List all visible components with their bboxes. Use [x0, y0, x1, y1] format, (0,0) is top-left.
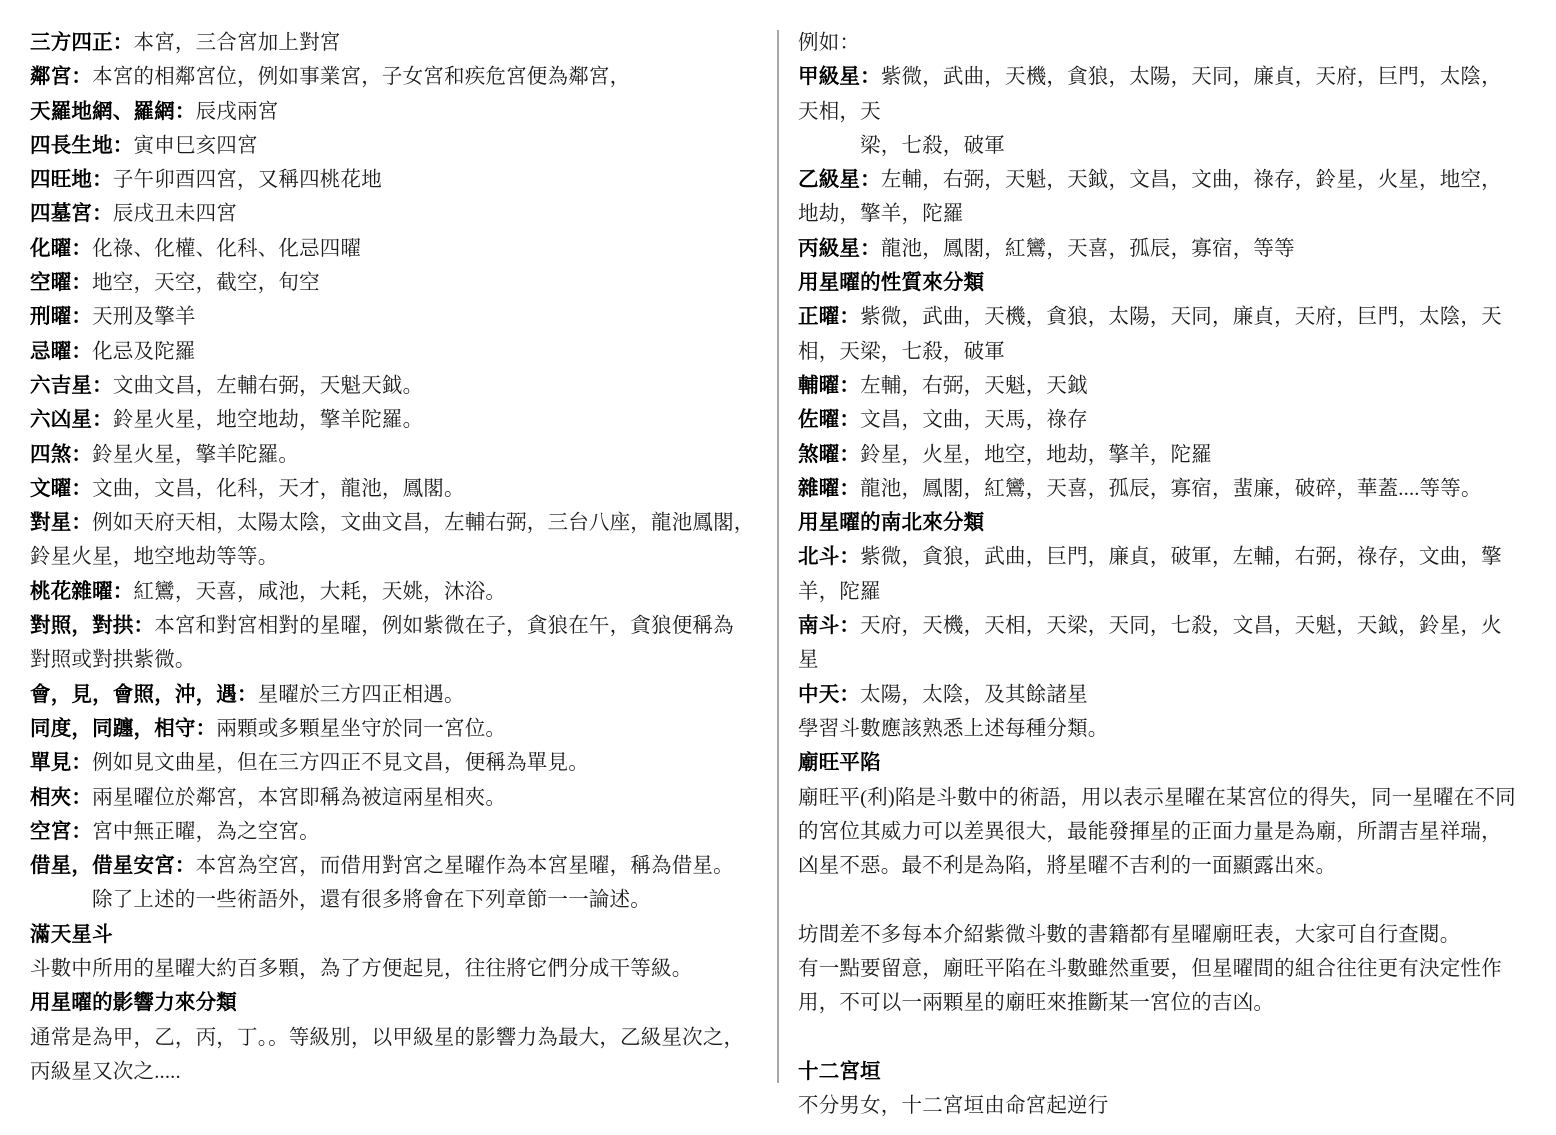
term-entry-line: 雜曜：龍池，鳳閣，紅鸞，天喜，孤辰，寡宿，蜚廉，破碎，華蓋....等等。 — [798, 472, 1543, 506]
line-text: 太陽，太陰，及其餘諸星 — [860, 684, 1088, 706]
line-text: 學習斗數應該熟悉上述每種分類。 — [798, 718, 1109, 740]
text-line: 學習斗數應該熟悉上述每種分類。 — [798, 712, 1543, 746]
term-entry-line: 桃花雜曜：紅鸞，天喜，咸池，大耗，天姚，沐浴。 — [30, 575, 765, 609]
term-entry-line: 四長生地：寅申巳亥四宮 — [30, 129, 765, 163]
term-entry-line: 空宮：宮中無正曜，為之空宮。 — [30, 815, 765, 849]
line-text: 化忌及陀羅 — [92, 341, 196, 363]
term-entry-line: 乙級星：左輔，右弼，天魁，天鉞，文昌，文曲，祿存，鈴星，火星，地空， — [798, 163, 1543, 197]
section-heading: 用星曜的南北來分類 — [798, 506, 1543, 540]
term-label: 對照，對拱： — [30, 615, 154, 637]
line-text: 左輔，右弼，天魁，天鉞 — [860, 375, 1088, 397]
text-line: 斗數中所用的星曜大約百多顆，為了方便起見，往往將它們分成干等級。 — [30, 952, 765, 986]
term-label: 文曜： — [30, 478, 92, 500]
term-entry-line: 南斗：天府，天機，天相，天梁，天同，七殺，文昌，天魁，天鉞，鈴星，火 — [798, 609, 1543, 643]
term-entry-line: 對星：例如天府天相，太陽太陰，文曲文昌，左輔右弼，三台八座，龍池鳳閣， — [30, 506, 765, 540]
term-entry-line: 鄰宮：本宮的相鄰宮位，例如事業宮，子女宮和疾危宮便為鄰宮， — [30, 60, 765, 94]
term-label: 丙級星： — [798, 238, 881, 260]
term-entry-line: 輔曜：左輔，右弼，天魁，天鉞 — [798, 369, 1543, 403]
line-text: 斗數中所用的星曜大約百多顆，為了方便起見，往往將它們分成干等級。 — [30, 958, 692, 980]
line-text: 左輔，右弼，天魁，天鉞，文昌，文曲，祿存，鈴星，火星，地空， — [881, 169, 1502, 191]
heading-text: 滿天星斗 — [30, 924, 113, 946]
section-heading: 十二宮垣 — [798, 1055, 1543, 1089]
line-text: 化祿、化權、化科、化忌四曜 — [92, 238, 361, 260]
text-line: 的宮位其威力可以差異很大，最能發揮星的正面力量是為廟，所謂吉星祥瑞， — [798, 815, 1543, 849]
term-entry-line: 空曜：地空，天空，截空，旬空 — [30, 266, 765, 300]
text-line: 廟旺平(利)陷是斗數中的術語，用以表示星曜在某宮位的得失，同一星曜在不同 — [798, 781, 1543, 815]
line-text: 鈴星火星，地空地劫等等。 — [30, 546, 278, 568]
term-label: 同度，同躔，相守： — [30, 718, 216, 740]
line-text: 星 — [798, 649, 819, 671]
section-heading: 用星曜的影響力來分類 — [30, 986, 765, 1020]
term-entry-line: 丙級星：龍池，鳳閣，紅鸞，天喜，孤辰，寡宿，等等 — [798, 232, 1543, 266]
line-text: 紅鸞，天喜，咸池，大耗，天姚，沐浴。 — [134, 581, 507, 603]
line-text: 紫微，武曲，天機，貪狼，太陽，天同，廉貞，天府，巨門，太陰，天 — [860, 306, 1502, 328]
term-label: 四墓宮： — [30, 203, 113, 225]
heading-text: 廟旺平陷 — [798, 752, 881, 774]
term-label: 空曜： — [30, 272, 92, 294]
term-entry-line: 忌曜：化忌及陀羅 — [30, 335, 765, 369]
term-label: 化曜： — [30, 238, 92, 260]
line-text: 龍池，鳳閣，紅鸞，天喜，孤辰，寡宿，等等 — [881, 238, 1295, 260]
heading-text: 用星曜的南北來分類 — [798, 512, 984, 534]
text-line: 通常是為甲，乙，丙，丁。。等級別，以甲級星的影響力為最大，乙級星次之， — [30, 1021, 765, 1055]
text-line: 有一點要留意，廟旺平陷在斗數雖然重要，但星曜間的組合往往更有決定性作 — [798, 952, 1543, 986]
term-entry-line: 對照，對拱：本宮和對宮相對的星曜，例如紫微在子，貪狼在午，貪狼便稱為 — [30, 609, 765, 643]
term-entry-line: 六凶星：鈴星火星，地空地劫，擎羊陀羅。 — [30, 403, 765, 437]
text-line: 鈴星火星，地空地劫等等。 — [30, 540, 765, 574]
line-text: 丙級星又次之..... — [30, 1061, 181, 1083]
text-line: 除了上述的一些術語外，還有很多將會在下列章節一一論述。 — [30, 883, 765, 917]
line-text: 例如： — [798, 32, 860, 54]
line-text: 鈴星火星，擎羊陀羅。 — [92, 444, 299, 466]
term-entry-line: 會，見，會照，沖，遇：星曜於三方四正相遇。 — [30, 678, 765, 712]
term-label: 對星： — [30, 512, 92, 534]
heading-text: 十二宮垣 — [798, 1061, 881, 1083]
term-label: 天羅地網、羅網： — [30, 101, 196, 123]
line-text: 宮中無正曜，為之空宮。 — [92, 821, 320, 843]
blank-line — [798, 1021, 1543, 1055]
line-text: 鈴星，火星，地空，地劫，擎羊，陀羅 — [860, 444, 1212, 466]
term-label: 輔曜： — [798, 375, 860, 397]
text-line: 不分男女，十二宮垣由命宮起逆行 — [798, 1089, 1543, 1123]
term-entry-line: 單見：例如見文曲星，但在三方四正不見文昌，便稱為單見。 — [30, 746, 765, 780]
line-text: 不分男女，十二宮垣由命宮起逆行 — [798, 1095, 1109, 1117]
term-label: 空宮： — [30, 821, 92, 843]
term-entry-line: 六吉星：文曲文昌，左輔右弼，天魁天鉞。 — [30, 369, 765, 403]
text-line: 凶星不惡。最不利是為陷，將星曜不吉利的一面顯露出來。 — [798, 849, 1543, 883]
line-text: 天刑及擎羊 — [92, 306, 196, 328]
line-text: 例如見文曲星，但在三方四正不見文昌，便稱為單見。 — [92, 752, 589, 774]
document-page: 三方四正：本宮，三合宮加上對宮鄰宮：本宮的相鄰宮位，例如事業宮，子女宮和疾危宮便… — [0, 0, 1556, 1135]
text-line: 地劫，擎羊，陀羅 — [798, 197, 1543, 231]
line-text: 用，不可以一兩顆星的廟旺來推斷某一宮位的吉凶。 — [798, 992, 1274, 1014]
text-line: 相，天梁，七殺，破軍 — [798, 335, 1543, 369]
text-line: 對照或對拱紫微。 — [30, 643, 765, 677]
line-text: 天府，天機，天相，天梁，天同，七殺，文昌，天魁，天鉞，鈴星，火 — [860, 615, 1502, 637]
term-label: 正曜： — [798, 306, 860, 328]
line-text: 本宮為空宮，而借用對宮之星曜作為本宮星曜，稱為借星。 — [196, 855, 734, 877]
term-label: 四煞： — [30, 444, 92, 466]
term-entry-line: 化曜：化祿、化權、化科、化忌四曜 — [30, 232, 765, 266]
line-text: 本宮，三合宮加上對宮 — [134, 32, 341, 54]
line-text: 對照或對拱紫微。 — [30, 649, 196, 671]
term-label: 雜曜： — [798, 478, 860, 500]
term-entry-line: 甲級星：紫微，武曲，天機，貪狼，太陽，天同，廉貞，天府，巨門，太陰， — [798, 60, 1543, 94]
line-text: 文曲，文昌，化科，天才，龍池，鳳閣。 — [92, 478, 465, 500]
line-text: 相，天梁，七殺，破軍 — [798, 341, 1005, 363]
left-column: 三方四正：本宮，三合宮加上對宮鄰宮：本宮的相鄰宮位，例如事業宮，子女宮和疾危宮便… — [30, 26, 765, 1089]
line-text: 龍池，鳳閣，紅鸞，天喜，孤辰，寡宿，蜚廉，破碎，華蓋....等等。 — [860, 478, 1482, 500]
line-text: 文曲文昌，左輔右弼，天魁天鉞。 — [113, 375, 424, 397]
term-label: 忌曜： — [30, 341, 92, 363]
line-text: 地劫，擎羊，陀羅 — [798, 203, 964, 225]
term-label: 中天： — [798, 684, 860, 706]
line-text: 星曜於三方四正相遇。 — [258, 684, 465, 706]
term-entry-line: 相夾：兩星曜位於鄰宮，本宮即稱為被這兩星相夾。 — [30, 781, 765, 815]
line-text: 梁，七殺，破軍 — [860, 135, 1005, 157]
text-line: 梁，七殺，破軍 — [798, 129, 1543, 163]
term-entry-line: 煞曜：鈴星，火星，地空，地劫，擎羊，陀羅 — [798, 438, 1543, 472]
text-line: 例如： — [798, 26, 1543, 60]
term-label: 刑曜： — [30, 306, 92, 328]
line-text: 例如天府天相，太陽太陰，文曲文昌，左輔右弼，三台八座，龍池鳳閣， — [92, 512, 754, 534]
line-text: 兩星曜位於鄰宮，本宮即稱為被這兩星相夾。 — [92, 787, 506, 809]
line-text: 本宮和對宮相對的星曜，例如紫微在子，貪狼在午，貪狼便稱為 — [154, 615, 734, 637]
line-text: 寅申巳亥四宮 — [134, 135, 258, 157]
heading-text: 用星曜的影響力來分類 — [30, 992, 237, 1014]
term-label: 相夾： — [30, 787, 92, 809]
section-heading: 廟旺平陷 — [798, 746, 1543, 780]
heading-text: 用星曜的性質來分類 — [798, 272, 984, 294]
term-label: 借星，借星安宮： — [30, 855, 196, 877]
line-text: 凶星不惡。最不利是為陷，將星曜不吉利的一面顯露出來。 — [798, 855, 1336, 877]
text-line: 羊，陀羅 — [798, 575, 1543, 609]
term-label: 單見： — [30, 752, 92, 774]
term-label: 甲級星： — [798, 66, 881, 88]
term-label: 南斗： — [798, 615, 860, 637]
line-text: 的宮位其威力可以差異很大，最能發揮星的正面力量是為廟，所謂吉星祥瑞， — [798, 821, 1502, 843]
term-label: 佐曜： — [798, 409, 860, 431]
line-text: 辰戌丑未四宮 — [113, 203, 237, 225]
line-text: 地空，天空，截空，旬空 — [92, 272, 320, 294]
text-line: 星 — [798, 643, 1543, 677]
term-label: 桃花雜曜： — [30, 581, 134, 603]
line-text: 有一點要留意，廟旺平陷在斗數雖然重要，但星曜間的組合往往更有決定性作 — [798, 958, 1502, 980]
term-entry-line: 天羅地網、羅網：辰戌兩宮 — [30, 95, 765, 129]
section-heading: 用星曜的性質來分類 — [798, 266, 1543, 300]
text-line: 坊間差不多每本介紹紫微斗數的書籍都有星曜廟旺表，大家可自行查閱。 — [798, 918, 1543, 952]
line-text: 紫微，貪狼，武曲，巨門，廉貞，破軍，左輔，右弼，祿存，文曲，擎 — [860, 546, 1502, 568]
term-entry-line: 正曜：紫微，武曲，天機，貪狼，太陽，天同，廉貞，天府，巨門，太陰，天 — [798, 300, 1543, 334]
term-entry-line: 四墓宮：辰戌丑未四宮 — [30, 197, 765, 231]
term-entry-line: 北斗：紫微，貪狼，武曲，巨門，廉貞，破軍，左輔，右弼，祿存，文曲，擎 — [798, 540, 1543, 574]
line-text: 天相，天 — [798, 101, 881, 123]
term-label: 會，見，會照，沖，遇： — [30, 684, 258, 706]
term-entry-line: 佐曜：文昌，文曲，天馬，祿存 — [798, 403, 1543, 437]
text-line: 天相，天 — [798, 95, 1543, 129]
term-entry-line: 同度，同躔，相守：兩顆或多顆星坐守於同一宮位。 — [30, 712, 765, 746]
term-label: 六吉星： — [30, 375, 113, 397]
line-text: 除了上述的一些術語外，還有很多將會在下列章節一一論述。 — [92, 889, 651, 911]
line-text: 通常是為甲，乙，丙，丁。。等級別，以甲級星的影響力為最大，乙級星次之， — [30, 1027, 744, 1049]
line-text: 坊間差不多每本介紹紫微斗數的書籍都有星曜廟旺表，大家可自行查閱。 — [798, 924, 1460, 946]
term-entry-line: 中天：太陽，太陰，及其餘諸星 — [798, 678, 1543, 712]
column-divider — [777, 30, 779, 1083]
line-text: 本宮的相鄰宮位，例如事業宮，子女宮和疾危宮便為鄰宮， — [92, 66, 630, 88]
term-label: 四旺地： — [30, 169, 113, 191]
right-column: 例如：甲級星：紫微，武曲，天機，貪狼，太陽，天同，廉貞，天府，巨門，太陰，天相，… — [798, 26, 1543, 1124]
line-text: 紫微，武曲，天機，貪狼，太陽，天同，廉貞，天府，巨門，太陰， — [881, 66, 1502, 88]
blank-line — [798, 883, 1543, 917]
term-label: 三方四正： — [30, 32, 134, 54]
section-heading: 滿天星斗 — [30, 918, 765, 952]
text-line: 丙級星又次之..... — [30, 1055, 765, 1089]
line-text: 鈴星火星，地空地劫，擎羊陀羅。 — [113, 409, 424, 431]
term-entry-line: 四旺地：子午卯酉四宮，又稱四桃花地 — [30, 163, 765, 197]
term-entry-line: 借星，借星安宮：本宮為空宮，而借用對宮之星曜作為本宮星曜，稱為借星。 — [30, 849, 765, 883]
term-label: 四長生地： — [30, 135, 134, 157]
term-label: 乙級星： — [798, 169, 881, 191]
term-entry-line: 四煞：鈴星火星，擎羊陀羅。 — [30, 438, 765, 472]
term-label: 六凶星： — [30, 409, 113, 431]
term-label: 鄰宮： — [30, 66, 92, 88]
line-text: 兩顆或多顆星坐守於同一宮位。 — [216, 718, 506, 740]
term-entry-line: 三方四正：本宮，三合宮加上對宮 — [30, 26, 765, 60]
line-text: 子午卯酉四宮，又稱四桃花地 — [113, 169, 382, 191]
line-text: 羊，陀羅 — [798, 581, 881, 603]
term-label: 北斗： — [798, 546, 860, 568]
line-text: 文昌，文曲，天馬，祿存 — [860, 409, 1088, 431]
term-entry-line: 刑曜：天刑及擎羊 — [30, 300, 765, 334]
text-line: 用，不可以一兩顆星的廟旺來推斷某一宮位的吉凶。 — [798, 986, 1543, 1020]
term-entry-line: 文曜：文曲，文昌，化科，天才，龍池，鳳閣。 — [30, 472, 765, 506]
line-text: 辰戌兩宮 — [196, 101, 279, 123]
line-text: 廟旺平(利)陷是斗數中的術語，用以表示星曜在某宮位的得失，同一星曜在不同 — [798, 787, 1516, 809]
term-label: 煞曜： — [798, 444, 860, 466]
